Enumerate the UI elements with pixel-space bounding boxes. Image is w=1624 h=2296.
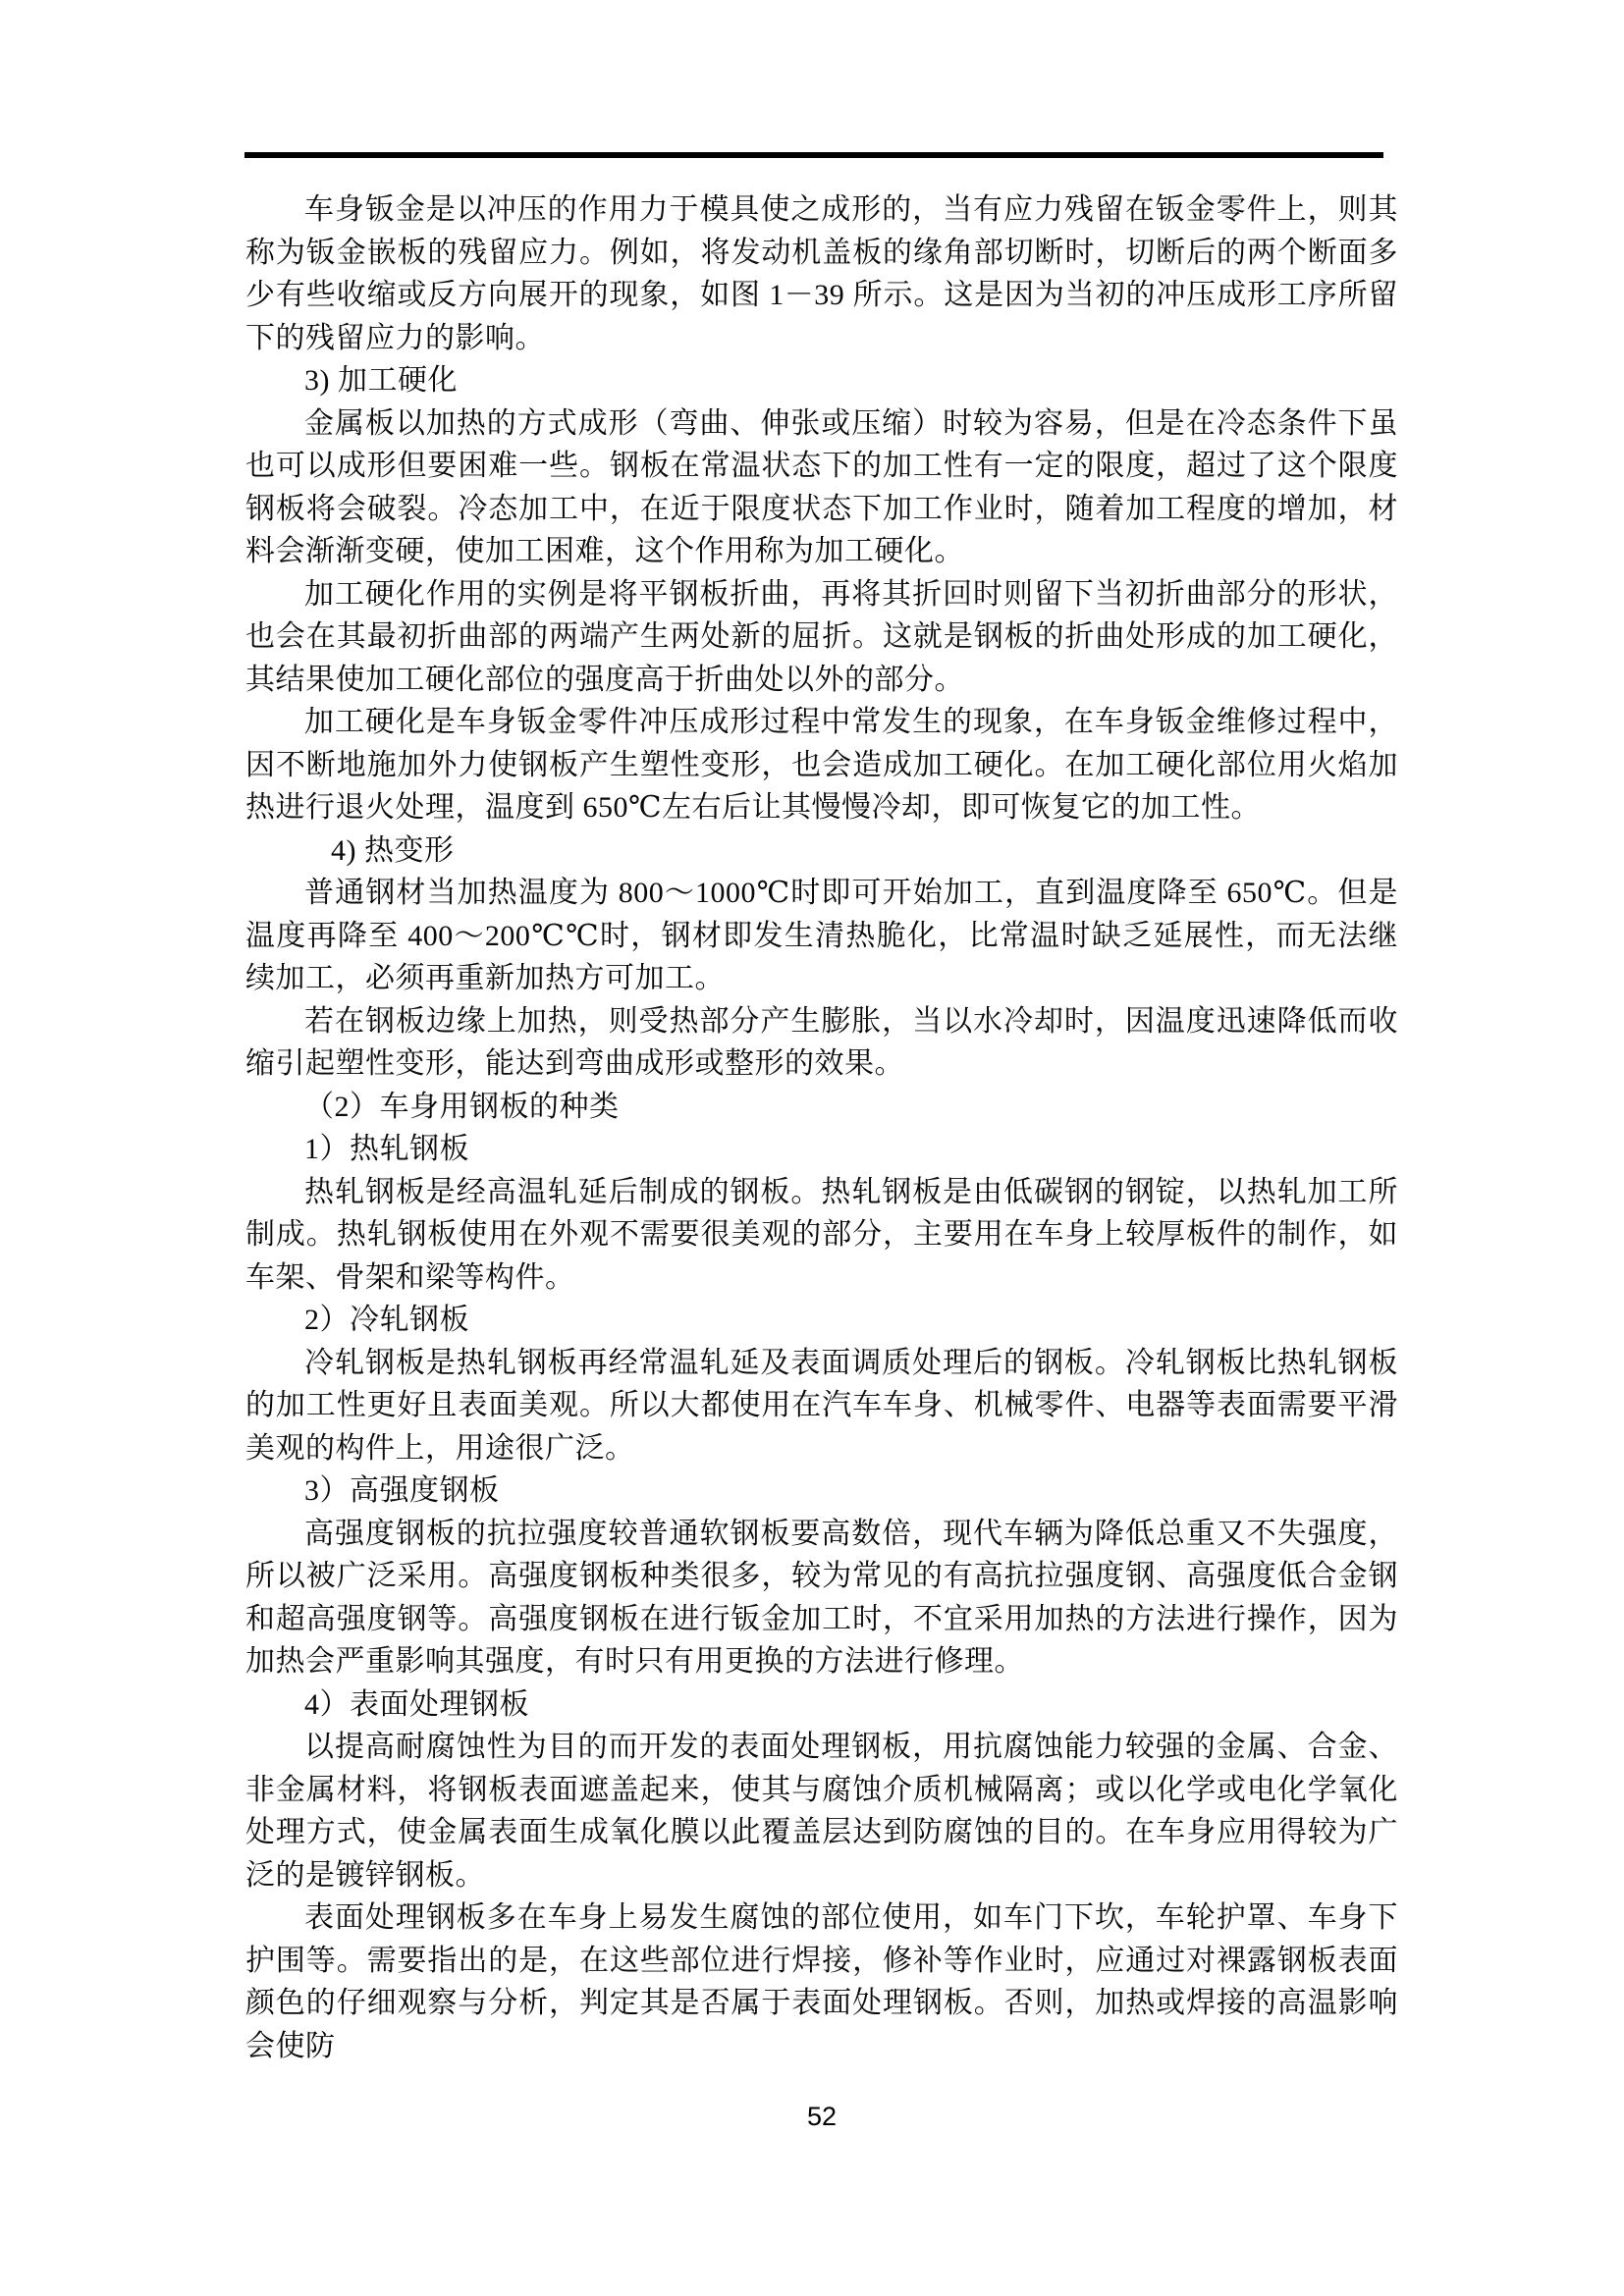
paragraph: 金属板以加热的方式成形（弯曲、伸张或压缩）时较为容易，但是在冷态条件下虽也可以成… <box>245 402 1398 573</box>
paragraph: 普通钢材当加热温度为 800～1000℃时即可开始加工，直到温度降至 650℃。… <box>245 872 1398 1000</box>
paragraph: 冷轧钢板是热轧钢板再经常温轧延及表面调质处理后的钢板。冷轧钢板比热轧钢板的加工性… <box>245 1342 1398 1470</box>
paragraph: 以提高耐腐蚀性为目的而开发的表面处理钢板，用抗腐蚀能力较强的金属、合金、非金属材… <box>245 1726 1398 1896</box>
section-heading: （2）车身用钢板的种类 <box>245 1086 1398 1129</box>
paragraph: 加工硬化是车身钣金零件冲压成形过程中常发生的现象，在车身钣金维修过程中，因不断地… <box>245 701 1398 829</box>
paragraph: 若在钢板边缘上加热，则受热部分产生膨胀，当以水冷却时，因温度迅速降低而收缩引起塑… <box>245 1000 1398 1086</box>
header-rule <box>244 152 1383 158</box>
section-heading: 4) 热变形 <box>245 829 1398 873</box>
paragraph: 加工硬化作用的实例是将平钢板折曲，再将其折回时则留下当初折曲部分的形状，也会在其… <box>245 573 1398 702</box>
document-page: 车身钣金是以冲压的作用力于模具使之成形的，当有应力残留在钣金零件上，则其称为钣金… <box>0 0 1624 2296</box>
section-heading: 3) 加工硬化 <box>245 359 1398 402</box>
section-heading: 1）热轧钢板 <box>245 1128 1398 1171</box>
paragraph: 表面处理钢板多在车身上易发生腐蚀的部位使用，如车门下坎，车轮护罩、车身下护围等。… <box>245 1896 1398 2067</box>
section-heading: 3）高强度钢板 <box>245 1469 1398 1513</box>
paragraph: 高强度钢板的抗拉强度较普通软钢板要高数倍，现代车辆为降低总重又不失强度，所以被广… <box>245 1513 1398 1683</box>
body-text: 车身钣金是以冲压的作用力于模具使之成形的，当有应力残留在钣金零件上，则其称为钣金… <box>245 188 1398 2067</box>
paragraph: 车身钣金是以冲压的作用力于模具使之成形的，当有应力残留在钣金零件上，则其称为钣金… <box>245 188 1398 359</box>
page-number: 52 <box>245 2101 1398 2132</box>
section-heading: 2）冷轧钢板 <box>245 1299 1398 1342</box>
section-heading: 4）表面处理钢板 <box>245 1683 1398 1727</box>
paragraph: 热轧钢板是经高温轧延后制成的钢板。热轧钢板是由低碳钢的钢锭，以热轧加工所制成。热… <box>245 1171 1398 1300</box>
